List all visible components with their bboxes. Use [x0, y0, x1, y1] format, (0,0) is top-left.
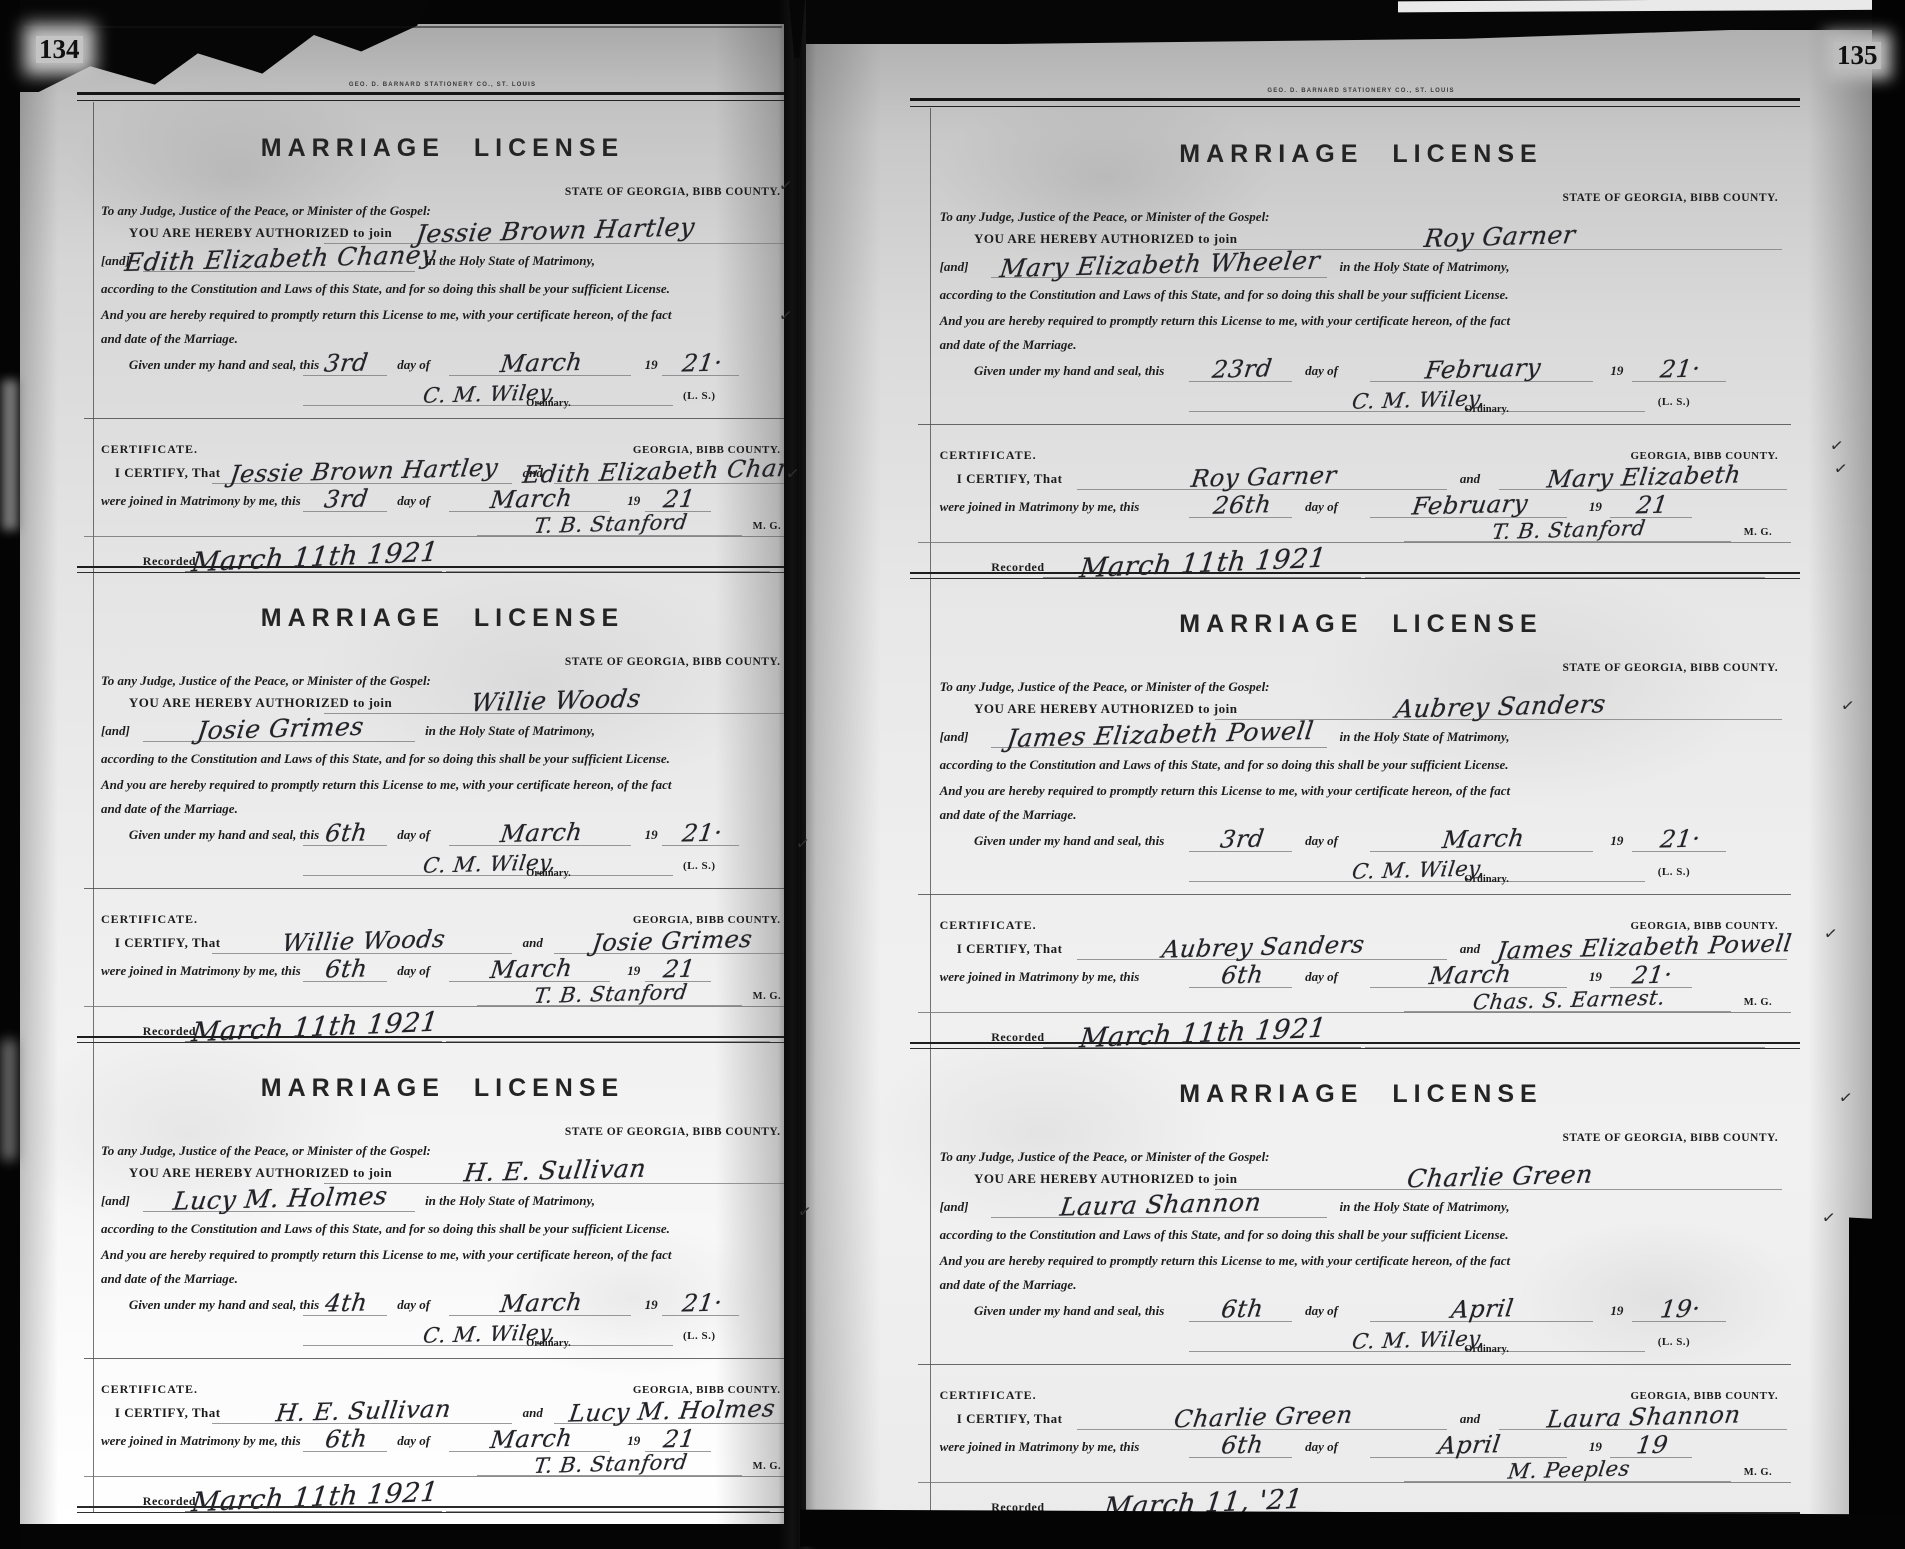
day-of-label: day of	[397, 358, 430, 373]
day-of-label: day of	[397, 494, 430, 509]
joined-text: were joined in Matrimony by me, this	[940, 1440, 1140, 1455]
license-month: March	[499, 821, 584, 846]
year-prefix: 19	[645, 358, 658, 373]
license-year-field: 21·	[1632, 823, 1727, 852]
license-year: 19·	[1659, 1298, 1702, 1322]
return-clause-text: And you are hereby required to promptly …	[101, 778, 672, 793]
left-page: GEO. D. BARNARD STATIONERY CO., ST. LOUI…	[20, 24, 784, 1524]
recorded-date-field: March 11th 1921	[185, 1481, 443, 1512]
cert-bride-field: Edith Elizabeth Chaney	[554, 455, 784, 484]
day-of-label: day of	[1305, 1304, 1338, 1319]
license-year-field: 21·	[1632, 353, 1727, 382]
year-prefix: 19	[1610, 364, 1623, 379]
left-page-form-stack: GEO. D. BARNARD STATIONERY CO., ST. LOUI…	[93, 102, 784, 1512]
printer-imprint: GEO. D. BARNARD STATIONERY CO., ST. LOUI…	[94, 82, 784, 88]
bride-name-field: Josie Grimes	[143, 713, 415, 742]
register-book-scan: GEO. D. BARNARD STATIONERY CO., ST. LOUI…	[0, 0, 1905, 1549]
and-date-text: and date of the Marriage.	[101, 802, 238, 817]
recorded-divider	[918, 1482, 1791, 1483]
license-year-field: 21·	[662, 347, 739, 376]
i-certify-label: I CERTIFY, That	[957, 1412, 1063, 1427]
cert-groom-name: Charlie Green	[1173, 1404, 1354, 1431]
license-month-field: February	[1370, 353, 1594, 382]
recorded-date: March 11th 1921	[1079, 1016, 1329, 1052]
cert-groom-field: H. E. Sullivan	[212, 1395, 512, 1424]
matrimony-text: in the Holy State of Matrimony,	[1340, 1200, 1510, 1215]
groom-name: Charlie Green	[1406, 1163, 1595, 1192]
recorded-date-field: March 11th 1921	[1043, 1017, 1361, 1048]
form-title: MARRIAGE LICENSE	[261, 134, 624, 162]
recorded-date: March 11th 1921	[190, 1010, 440, 1046]
joined-text: were joined in Matrimony by me, this	[101, 494, 301, 509]
according-text: according to the Constitution and Laws o…	[101, 752, 670, 767]
checkmark: ✓	[795, 835, 811, 853]
license-year-field: 19·	[1632, 1293, 1727, 1322]
license-month: March	[499, 351, 584, 376]
minister-signature-field: T. B. Stanford	[477, 977, 742, 1006]
day-of-label: day of	[1305, 364, 1338, 379]
right-page: GEO. D. BARNARD STATIONERY CO., ST. LOUI…	[806, 30, 1872, 1520]
day-of-label: day of	[1305, 500, 1338, 515]
license-month-field: March	[449, 1287, 630, 1316]
license-month: April	[1450, 1297, 1515, 1321]
minister-signature: T. B. Stanford	[1491, 519, 1647, 543]
groom-name-field: H. E. Sullivan	[324, 1155, 784, 1184]
bride-name: Edith Elizabeth Chaney	[123, 243, 437, 275]
mg-label: M. G.	[1744, 527, 1772, 539]
given-text: Given under my hand and seal, this	[974, 364, 1164, 379]
minister-signature-field: T. B. Stanford	[477, 507, 742, 536]
recorded-blank-line	[446, 1011, 770, 1042]
minister-signature: T. B. Stanford	[533, 983, 689, 1007]
groom-name-field: Charlie Green	[1215, 1161, 1783, 1190]
printer-imprint: GEO. D. BARNARD STATIONERY CO., ST. LOUI…	[931, 88, 1791, 94]
according-text: according to the Constitution and Laws o…	[101, 282, 670, 297]
checkmark: ✓	[1823, 925, 1839, 943]
page-number-left: 134	[36, 36, 83, 63]
authorized-text: YOU ARE HEREBY AUTHORIZED to join	[974, 702, 1237, 717]
recorded-date-field: March 11th 1921	[185, 1011, 443, 1042]
and-small-label: and	[523, 936, 543, 951]
recorded-date: March 11th 1921	[1079, 546, 1329, 582]
license-month-field: April	[1370, 1293, 1594, 1322]
marriage-license-form: MARRIAGE LICENSE STATE OF GEORGIA, BIBB …	[94, 102, 784, 572]
and-small-label: and	[1460, 1412, 1480, 1427]
scan-smudge	[2, 380, 18, 530]
bride-name: James Elizabeth Powell	[1006, 719, 1316, 751]
groom-name: Willie Woods	[469, 687, 642, 715]
license-day-field: 3rd	[1189, 823, 1292, 852]
cert-groom-field: Roy Garner	[1077, 461, 1447, 490]
cert-groom-field: Jessie Brown Hartley	[212, 455, 512, 484]
license-day: 23rd	[1211, 357, 1274, 381]
and-label: [and]	[940, 260, 969, 275]
i-certify-label: I CERTIFY, That	[115, 936, 221, 951]
matrimony-text: in the Holy State of Matrimony,	[425, 1194, 595, 1209]
day-of-label: day of	[1305, 1440, 1338, 1455]
bride-name-field: Laura Shannon	[991, 1189, 1326, 1218]
according-text: according to the Constitution and Laws o…	[940, 288, 1509, 303]
joined-text: were joined in Matrimony by me, this	[101, 1434, 301, 1449]
ordinary-label: Ordinary.	[1464, 404, 1509, 416]
and-date-text: and date of the Marriage.	[101, 332, 238, 347]
and-date-text: and date of the Marriage.	[101, 1272, 238, 1287]
year-prefix: 19	[645, 828, 658, 843]
checkmark: ✓	[1833, 460, 1849, 478]
recorded-date: March 11th 1921	[190, 1480, 440, 1516]
according-text: according to the Constitution and Laws o…	[940, 758, 1509, 773]
certificate-divider	[84, 888, 784, 889]
form-title: MARRIAGE LICENSE	[1179, 1080, 1542, 1108]
day-of-label: day of	[397, 1434, 430, 1449]
checkmark: ✓	[778, 307, 794, 325]
cert-bride-name: Lucy M. Holmes	[568, 1398, 777, 1426]
right-page-form-stack: GEO. D. BARNARD STATIONERY CO., ST. LOUI…	[930, 108, 1791, 1518]
cert-groom-name: Willie Woods	[281, 928, 447, 955]
and-date-text: and date of the Marriage.	[940, 808, 1077, 823]
recorded-blank-line	[446, 1481, 770, 1512]
recorded-label: Recorded	[991, 1031, 1044, 1045]
recorded-blank-line	[1365, 547, 1765, 578]
bride-name-field: Edith Elizabeth Chaney	[143, 243, 415, 272]
ordinary-label: Ordinary.	[1464, 1344, 1509, 1356]
recorded-divider	[918, 1012, 1791, 1013]
according-text: according to the Constitution and Laws o…	[101, 1222, 670, 1237]
checkmark: ✓	[1838, 1089, 1854, 1107]
certificate-divider	[84, 418, 784, 419]
form-title-row: MARRIAGE LICENSE	[931, 1082, 1791, 1112]
day-of-label: day of	[397, 964, 430, 979]
license-month: March	[499, 1291, 584, 1316]
bride-name: Laura Shannon	[1058, 1191, 1262, 1220]
recorded-blank-line	[1365, 1017, 1765, 1048]
license-year: 21·	[1659, 358, 1702, 382]
marriage-license-form: MARRIAGE LICENSE STATE OF GEORGIA, BIBB …	[931, 578, 1791, 1048]
minister-signature-field: Chas. S. Earnest.	[1404, 983, 1731, 1012]
mg-label: M. G.	[753, 1461, 781, 1473]
according-text: according to the Constitution and Laws o…	[940, 1228, 1509, 1243]
certificate-label: CERTIFICATE.	[101, 913, 198, 927]
cert-bride-field: Josie Grimes	[554, 925, 784, 954]
cert-groom-name: Roy Garner	[1189, 464, 1337, 491]
license-day-field: 23rd	[1189, 353, 1292, 382]
cert-groom-field: Charlie Green	[1077, 1401, 1447, 1430]
groom-name: Roy Garner	[1423, 223, 1577, 251]
and-date-text: and date of the Marriage.	[940, 1278, 1077, 1293]
cert-groom-name: Aubrey Sanders	[1161, 934, 1366, 962]
groom-name: H. E. Sullivan	[463, 1157, 648, 1185]
license-day-field: 6th	[303, 817, 387, 846]
bride-name-field: Mary Elizabeth Wheeler	[991, 249, 1326, 278]
and-label: [and]	[101, 724, 130, 739]
and-small-label: and	[523, 1406, 543, 1421]
license-day-field: 6th	[1189, 1293, 1292, 1322]
certificate-label: CERTIFICATE.	[940, 449, 1037, 463]
joined-text: were joined in Matrimony by me, this	[940, 970, 1140, 985]
license-day: 4th	[324, 1292, 369, 1316]
recorded-date-field: March 11th 1921	[1043, 547, 1361, 578]
cert-bride-field: Laura Shannon	[1499, 1401, 1787, 1430]
return-clause-text: And you are hereby required to promptly …	[101, 308, 672, 323]
and-label: [and]	[101, 1194, 130, 1209]
license-month-field: March	[1370, 823, 1594, 852]
ordinary-label: Ordinary.	[1464, 874, 1509, 886]
year-prefix: 19	[645, 1298, 658, 1313]
recorded-label: Recorded	[991, 561, 1044, 575]
recorded-divider	[918, 542, 1791, 543]
i-certify-label: I CERTIFY, That	[115, 1406, 221, 1421]
license-day: 6th	[1220, 1298, 1265, 1322]
ordinary-label: Ordinary.	[526, 868, 571, 880]
groom-name-field: Jessie Brown Hartley	[324, 215, 784, 244]
book-gutter-shadow	[778, 0, 816, 1549]
and-small-label: and	[1460, 472, 1480, 487]
certificate-divider	[918, 894, 1791, 895]
matrimony-text: in the Holy State of Matrimony,	[425, 724, 595, 739]
return-clause-text: And you are hereby required to promptly …	[940, 1254, 1511, 1269]
form-title-row: MARRIAGE LICENSE	[94, 1076, 784, 1106]
day-of-label: day of	[1305, 834, 1338, 849]
license-year: 21·	[680, 822, 723, 846]
left-page-top-edge	[24, 26, 782, 28]
given-text: Given under my hand and seal, this	[974, 1304, 1164, 1319]
license-month-field: March	[449, 817, 630, 846]
matrimony-text: in the Holy State of Matrimony,	[1340, 260, 1510, 275]
license-day: 3rd	[1219, 828, 1266, 852]
given-text: Given under my hand and seal, this	[129, 828, 319, 843]
cert-bride-name: Mary Elizabeth	[1546, 464, 1743, 492]
certificate-label: CERTIFICATE.	[101, 1383, 198, 1397]
day-of-label: day of	[397, 828, 430, 843]
marriage-license-form: MARRIAGE LICENSE STATE OF GEORGIA, BIBB …	[931, 108, 1791, 578]
license-day-field: 4th	[303, 1287, 387, 1316]
form-title-row: MARRIAGE LICENSE	[931, 142, 1791, 172]
form-title-row: MARRIAGE LICENSE	[94, 606, 784, 636]
day-of-label: day of	[1305, 970, 1338, 985]
minister-signature: Chas. S. Earnest.	[1471, 989, 1666, 1014]
mg-label: M. G.	[753, 991, 781, 1003]
marriage-license-form: MARRIAGE LICENSE STATE OF GEORGIA, BIBB …	[931, 1048, 1791, 1518]
authorized-text: YOU ARE HEREBY AUTHORIZED to join	[974, 1172, 1237, 1187]
minister-signature-field: M. Peeples	[1404, 1453, 1731, 1482]
i-certify-label: I CERTIFY, That	[957, 472, 1063, 487]
minister-signature: T. B. Stanford	[533, 1453, 689, 1477]
certificate-label: CERTIFICATE.	[101, 443, 198, 457]
checkmark: ✓	[797, 1203, 813, 1221]
bride-name: Josie Grimes	[195, 715, 365, 743]
and-label: [and]	[940, 1200, 969, 1215]
page-number-right: 135	[1834, 42, 1881, 69]
year-prefix: 19	[1610, 1304, 1623, 1319]
license-day: 6th	[324, 822, 369, 846]
form-title-row: MARRIAGE LICENSE	[931, 612, 1791, 642]
checkmark: ✓	[785, 465, 801, 483]
license-year-field: 21·	[662, 817, 739, 846]
certificate-label: CERTIFICATE.	[940, 919, 1037, 933]
license-day-field: 3rd	[303, 347, 387, 376]
bottom-scan-border	[800, 1510, 1905, 1549]
joined-text: were joined in Matrimony by me, this	[101, 964, 301, 979]
certificate-divider	[84, 1358, 784, 1359]
given-text: Given under my hand and seal, this	[129, 358, 319, 373]
matrimony-text: in the Holy State of Matrimony,	[1340, 730, 1510, 745]
mg-label: M. G.	[1744, 997, 1772, 1009]
certificate-divider	[918, 424, 1791, 425]
given-text: Given under my hand and seal, this	[974, 834, 1164, 849]
groom-name-field: Willie Woods	[324, 685, 784, 714]
year-prefix: 19	[1610, 834, 1623, 849]
bride-name: Lucy M. Holmes	[172, 1184, 389, 1213]
cert-bride-name: Laura Shannon	[1546, 1404, 1742, 1432]
ordinary-label: Ordinary.	[526, 398, 571, 410]
return-clause-text: And you are hereby required to promptly …	[101, 1248, 672, 1263]
given-text: Given under my hand and seal, this	[129, 1298, 319, 1313]
mg-label: M. G.	[1744, 1467, 1772, 1479]
license-year: 21·	[1659, 828, 1702, 852]
authorized-text: YOU ARE HEREBY AUTHORIZED to join	[974, 232, 1237, 247]
minister-signature-field: T. B. Stanford	[1404, 513, 1731, 542]
license-month: March	[1440, 827, 1525, 852]
minister-signature: M. Peeples	[1507, 1459, 1631, 1482]
i-certify-label: I CERTIFY, That	[115, 466, 221, 481]
form-title: MARRIAGE LICENSE	[261, 604, 624, 632]
license-month: February	[1424, 357, 1543, 383]
recorded-date-field: March 11th 1921	[185, 541, 443, 572]
bride-name: Mary Elizabeth Wheeler	[999, 249, 1322, 281]
cert-groom-name: H. E. Sullivan	[275, 1398, 453, 1425]
right-scan-border-lower	[1849, 1218, 1905, 1549]
and-date-text: and date of the Marriage.	[940, 338, 1077, 353]
and-small-label: and	[1460, 942, 1480, 957]
left-scan-border	[0, 0, 20, 1549]
license-year: 21·	[680, 352, 723, 376]
return-clause-text: And you are hereby required to promptly …	[940, 784, 1511, 799]
day-of-label: day of	[397, 1298, 430, 1313]
and-label: [and]	[940, 730, 969, 745]
marriage-license-form: MARRIAGE LICENSE STATE OF GEORGIA, BIBB …	[94, 1042, 784, 1512]
form-title-row: MARRIAGE LICENSE	[94, 136, 784, 166]
return-clause-text: And you are hereby required to promptly …	[940, 314, 1511, 329]
license-month-field: March	[449, 347, 630, 376]
checkmark: ✓	[1840, 697, 1856, 715]
form-title: MARRIAGE LICENSE	[1179, 610, 1542, 638]
license-year: 21·	[680, 1292, 723, 1316]
license-day: 3rd	[323, 352, 370, 376]
form-title: MARRIAGE LICENSE	[261, 1074, 624, 1102]
recorded-blank-line	[446, 541, 770, 572]
certificate-divider	[918, 1364, 1791, 1365]
i-certify-label: I CERTIFY, That	[957, 942, 1063, 957]
checkmark: ✓	[1829, 437, 1845, 455]
checkmark: ✓	[778, 177, 794, 195]
recorded-date: March 11th 1921	[190, 540, 440, 576]
license-year-field: 21·	[662, 1287, 739, 1316]
cert-groom-field: Willie Woods	[212, 925, 512, 954]
bride-name-field: Lucy M. Holmes	[143, 1183, 415, 1212]
cert-bride-name: Josie Grimes	[591, 928, 754, 955]
minister-signature-field: T. B. Stanford	[477, 1447, 742, 1476]
groom-name: Jessie Brown Hartley	[415, 216, 697, 247]
bride-name-field: James Elizabeth Powell	[991, 719, 1326, 748]
scan-smudge	[2, 1040, 16, 1160]
mg-label: M. G.	[753, 521, 781, 533]
joined-text: were joined in Matrimony by me, this	[940, 500, 1140, 515]
minister-signature: T. B. Stanford	[533, 513, 689, 537]
form-title: MARRIAGE LICENSE	[1179, 140, 1542, 168]
cert-bride-field: James Elizabeth Powell	[1499, 931, 1787, 960]
certificate-label: CERTIFICATE.	[940, 1389, 1037, 1403]
matrimony-text: in the Holy State of Matrimony,	[425, 254, 595, 269]
marriage-license-form: MARRIAGE LICENSE STATE OF GEORGIA, BIBB …	[94, 572, 784, 1042]
ordinary-label: Ordinary.	[526, 1338, 571, 1350]
cert-bride-field: Mary Elizabeth	[1499, 461, 1787, 490]
checkmark: ✓	[1821, 1209, 1837, 1227]
cert-groom-field: Aubrey Sanders	[1077, 931, 1447, 960]
cert-bride-field: Lucy M. Holmes	[554, 1395, 784, 1424]
groom-name: Aubrey Sanders	[1393, 693, 1607, 722]
